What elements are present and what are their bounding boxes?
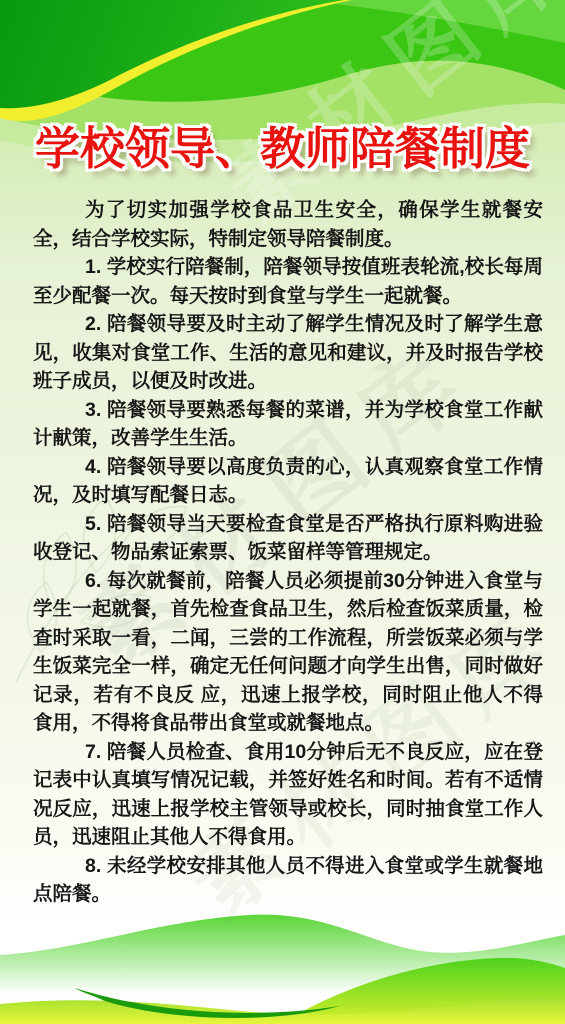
rule-item-2: 2. 陪餐领导要及时主动了解学生情况及时了解学生意见，收集对食堂工作、生活的意见…	[33, 310, 543, 396]
rule-item-8: 8. 未经学校安排其他人员不得进入食堂或学生就餐地点陪餐。	[33, 852, 543, 909]
rule-item-1: 1. 学校实行陪餐制，陪餐领导按值班表轮流,校长每周至少配餐一次。每天按时到食堂…	[33, 253, 543, 310]
rule-item-4: 4. 陪餐领导要以高度负责的心，认真观察食堂工作情况，及时填写配餐日志。	[33, 453, 543, 510]
rule-item-6: 6. 每次就餐前，陪餐人员必须提前30分钟进入食堂与学生一起就餐，首先检查食品卫…	[33, 567, 543, 738]
intro-paragraph: 为了切实加强学校食品卫生安全，确保学生就餐安全，结合学校实际，特制定领导陪餐制度…	[33, 196, 543, 253]
top-wave-decoration	[0, 0, 565, 210]
rule-item-3: 3. 陪餐领导要熟悉每餐的菜谱，并为学校食堂工作献计献策，改善学生生活。	[33, 396, 543, 453]
poster-body: 为了切实加强学校食品卫生安全，确保学生就餐安全，结合学校实际，特制定领导陪餐制度…	[33, 196, 543, 909]
poster-root: 素材图库 素材图库 素材图库 学校领导、教师陪餐制度 为了切实加强学校食品卫生安…	[0, 0, 565, 1024]
poster-title: 学校领导、教师陪餐制度	[0, 112, 565, 177]
rule-item-5: 5. 陪餐领导当天要检查食堂是否严格执行原料购进验收登记、物品索证索票、饭菜留样…	[33, 510, 543, 567]
rule-item-7: 7. 陪餐人员检查、食用10分钟后无不良反应，应在登记表中认真填写情况记载，并签…	[33, 738, 543, 852]
